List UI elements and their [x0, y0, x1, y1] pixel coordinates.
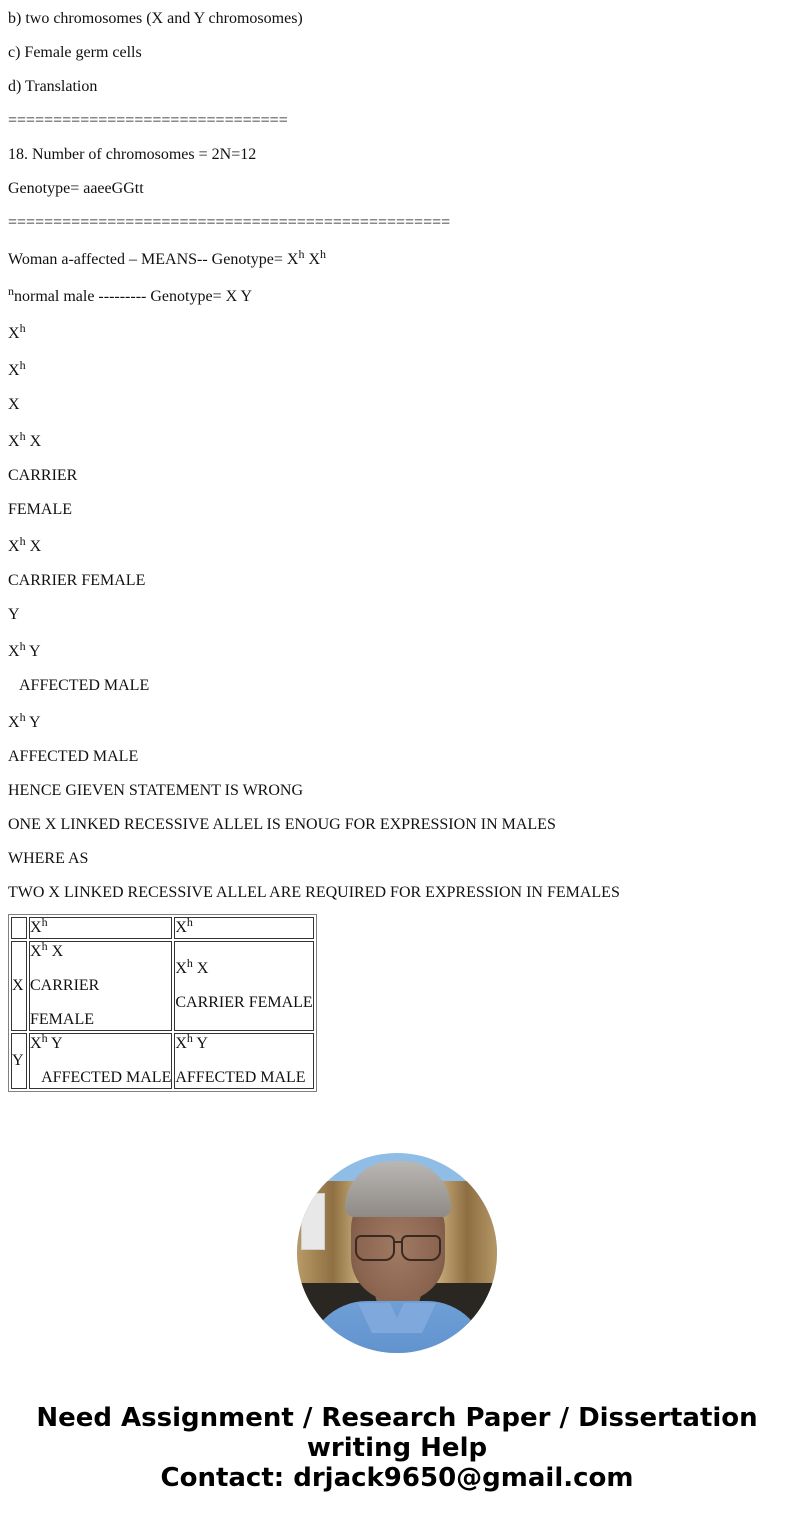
gamete-line: Y — [8, 606, 786, 624]
gamete-line: Xh — [8, 359, 786, 380]
table-cell: Xh Y AFFECTED MALE — [29, 1033, 172, 1089]
woman-genotype-line: Woman a-affected – MEANS-- Genotype= Xh … — [8, 248, 786, 269]
genotype-line: Xh Y — [8, 640, 786, 661]
table-header-cell: Xh — [174, 917, 313, 939]
punnett-square-table: Xh Xh X Xh X CARRIER FEMALE Xh X CARRIER… — [8, 914, 317, 1092]
avatar-glasses-left — [355, 1235, 395, 1261]
gamete-line: X — [8, 396, 786, 414]
avatar-wall-switch — [301, 1193, 325, 1250]
answer-b: b) two chromosomes (X and Y chromosomes) — [8, 10, 786, 28]
genotype-line: Xh Y — [8, 711, 786, 732]
genotype-line: Xh X — [8, 430, 786, 451]
q18-chromosome-number: 18. Number of chromosomes = 2N=12 — [8, 146, 786, 164]
conclusion-line: ONE X LINKED RECESSIVE ALLEL IS ENOUG FO… — [8, 816, 786, 834]
conclusion-line: WHERE AS — [8, 850, 786, 868]
answer-d: d) Translation — [8, 78, 786, 96]
table-row: Y Xh Y AFFECTED MALE Xh Y AFFECTED MALE — [11, 1033, 314, 1089]
phenotype-line: CARRIER FEMALE — [8, 572, 786, 590]
phenotype-line: CARRIER — [8, 467, 786, 485]
table-cell: Xh X CARRIER FEMALE — [174, 941, 313, 1031]
document-body: b) two chromosomes (X and Y chromosomes)… — [8, 10, 786, 1092]
cta-line-1: Need Assignment / Research Paper / Disse… — [0, 1403, 794, 1433]
table-header-row: Xh Xh — [11, 917, 314, 939]
table-header-cell: Xh — [29, 917, 172, 939]
table-row-label: Y — [11, 1033, 27, 1089]
q18-genotype: Genotype= aaeeGGtt — [8, 180, 786, 198]
contact-banner: Need Assignment / Research Paper / Disse… — [0, 1403, 794, 1493]
avatar-hair — [345, 1161, 451, 1217]
gamete-line: Xh — [8, 322, 786, 343]
cta-line-2: writing Help — [0, 1433, 794, 1463]
phenotype-line: AFFECTED MALE — [8, 677, 786, 695]
avatar-glasses-bridge — [393, 1241, 403, 1243]
author-avatar — [297, 1153, 497, 1353]
conclusion-line: TWO X LINKED RECESSIVE ALLEL ARE REQUIRE… — [8, 884, 786, 902]
genotype-line: Xh X — [8, 535, 786, 556]
table-cell: Xh Y AFFECTED MALE — [174, 1033, 313, 1089]
cta-contact-line: Contact: drjack9650@gmail.com — [0, 1463, 794, 1493]
avatar-glasses-right — [401, 1235, 441, 1261]
phenotype-line: AFFECTED MALE — [8, 748, 786, 766]
male-genotype-line: nnormal male --------- Genotype= X Y — [8, 285, 786, 306]
separator-short: =============================== — [8, 112, 786, 130]
table-cell: Xh X CARRIER FEMALE — [29, 941, 172, 1031]
answer-c: c) Female germ cells — [8, 44, 786, 62]
table-row: X Xh X CARRIER FEMALE Xh X CARRIER FEMAL… — [11, 941, 314, 1031]
conclusion-line: HENCE GIEVEN STATEMENT IS WRONG — [8, 782, 786, 800]
table-corner-cell — [11, 917, 27, 939]
table-row-label: X — [11, 941, 27, 1031]
phenotype-line: FEMALE — [8, 501, 786, 519]
separator-long: ========================================… — [8, 214, 786, 232]
